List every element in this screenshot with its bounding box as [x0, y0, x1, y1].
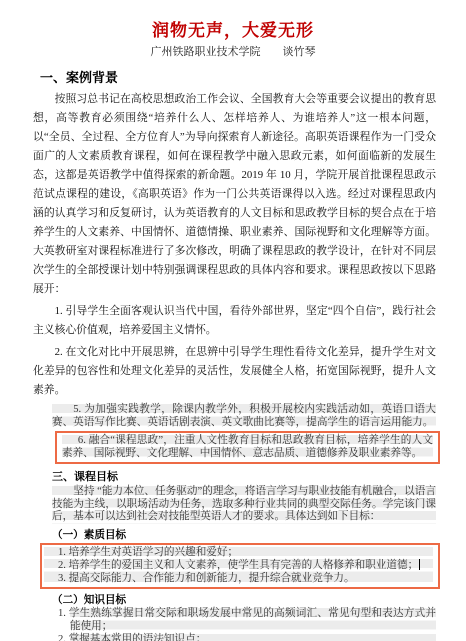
byline: 广州铁路职业技术学院谈竹琴: [0, 43, 466, 59]
paragraph-point-2[interactable]: 2. 在文化对比中开展思辨，在思辨中引导学生理性看待文化差异，提升学生对文化差异…: [33, 343, 436, 400]
quality-goal-2-text: 2. 培养学生的爱国主义和人文素养，使学生具有完善的人格修养和职业道德；: [58, 560, 418, 571]
document-title: 润物无声，大爱无形: [30, 16, 436, 41]
heading-knowledge-goals: （二）知识目标: [52, 592, 466, 607]
knowledge-goal-2[interactable]: 2. 掌握基本常用的语法知识点；: [70, 634, 436, 641]
document-page[interactable]: 润物无声，大爱无形 广州铁路职业技术学院谈竹琴 一、案例背景 按照习总书记在高校…: [0, 0, 466, 641]
quality-goal-1[interactable]: 1. 培养学生对英语学习的兴趣和爱好；: [44, 547, 433, 560]
heading-quality-goals: （一）素质目标: [52, 527, 466, 542]
text-cursor: [419, 559, 420, 570]
excerpt-region: 5. 为加强实践教学，除课内教学外，积极开展校内实践活动如，英语口语大赛、英语写…: [0, 404, 466, 641]
quality-goal-3[interactable]: 3. 提高交际能力、合作能力和创新能力，提升综合就业竞争力。: [44, 573, 433, 586]
paragraph-background-main[interactable]: 按照习总书记在高校思想政治工作会议、全国教育大会等重要会议提出的教育思想，高等教…: [33, 90, 436, 299]
knowledge-goal-1[interactable]: 1. 学生熟练掌握日常交际和职场发展中常见的高频词汇、常见句型和表达方式并能使用…: [70, 608, 436, 633]
excerpt-item-5[interactable]: 5. 为加强实践教学，除课内教学外，积极开展校内实践活动如，英语口语大赛、英语写…: [52, 404, 436, 429]
affiliation: 广州铁路职业技术学院: [151, 46, 261, 58]
paragraph-point-1[interactable]: 1. 引导学生全面客观认识当代中国，看待外部世界，坚定“四个自信”，践行社会主义…: [33, 302, 436, 340]
highlight-box-quality-goals: 1. 培养学生对英语学习的兴趣和爱好； 2. 培养学生的爱国主义和人文素养，使学…: [40, 543, 440, 590]
excerpt-item-6[interactable]: 6. 融合“课程思政”，注重人文性教育目标和思政教育目标，培养学生的人文素养、国…: [62, 435, 433, 460]
quality-goal-2[interactable]: 2. 培养学生的爱国主义和人文素养，使学生具有完善的人格修养和职业道德；: [44, 559, 433, 573]
highlight-box-item-6: 6. 融合“课程思政”，注重人文性教育目标和思政教育目标，培养学生的人文素养、国…: [55, 431, 440, 464]
section-heading-course-goals: 三、课程目标: [52, 468, 466, 484]
section-heading-case-background: 一、案例背景: [40, 67, 466, 86]
course-goals-intro[interactable]: 坚持 “能力本位、任务驱动”的理念，将语言学习与职业技能有机融合，以语言技能为主…: [52, 486, 436, 524]
author: 谈竹琴: [283, 46, 316, 58]
